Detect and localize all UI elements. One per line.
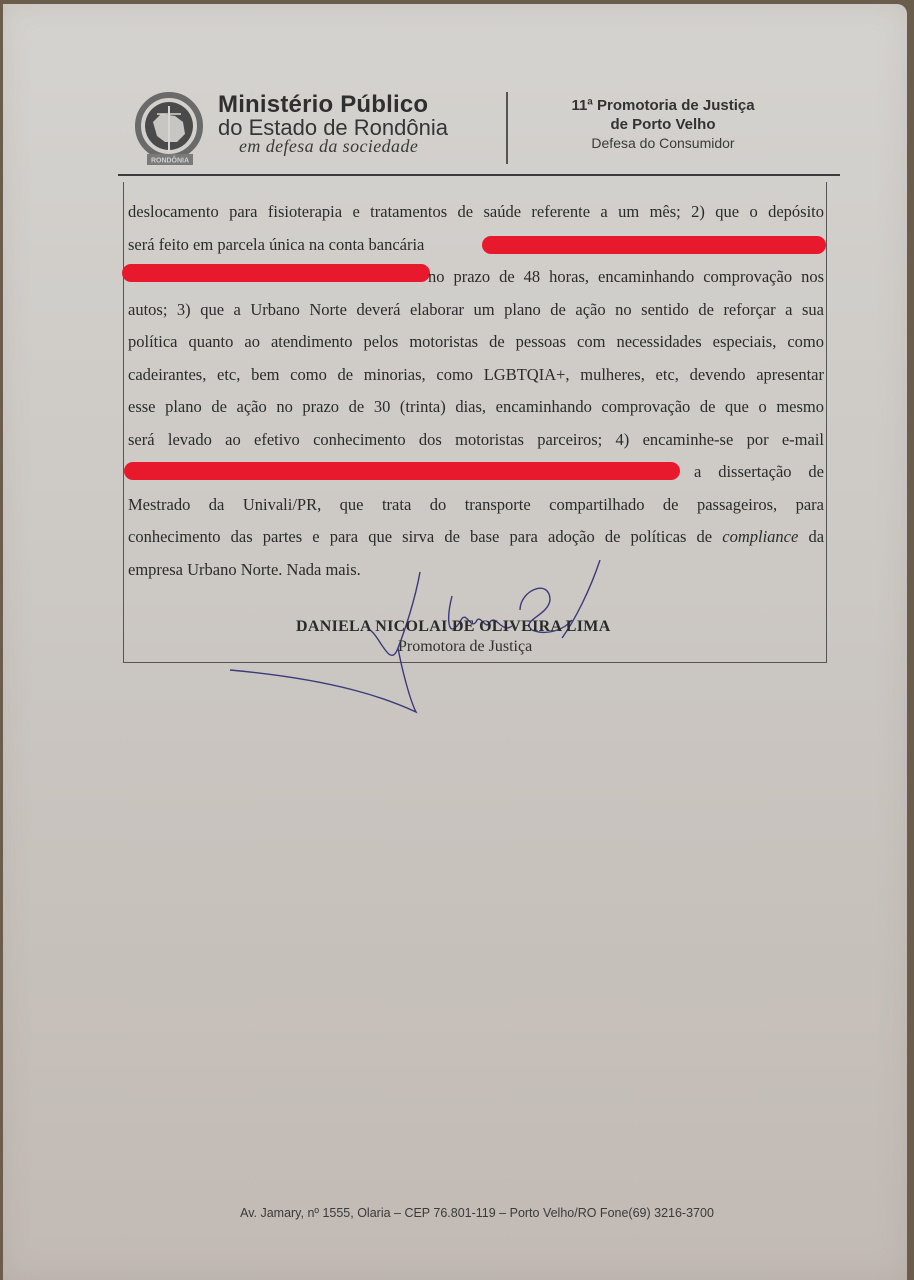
body-line: deslocamento para fisioterapia e tratame… [128, 196, 824, 229]
body-line: no prazo de 48 horas, encaminhando compr… [128, 261, 824, 294]
body-line: política quanto ao atendimento pelos mot… [128, 326, 824, 359]
body-line: será levado ao efetivo conhecimento dos … [128, 424, 824, 457]
office-city: de Porto Velho [523, 115, 803, 134]
body-line: Mestrado da Univali/PR, que trata do tra… [128, 489, 824, 522]
letterhead-right: 11ª Promotoria de Justiça de Porto Velho… [523, 96, 803, 152]
signer-name: DANIELA NICOLAI DE OLIVEIRA LIMA [296, 618, 656, 636]
body-line: será feito em parcela única na conta ban… [128, 229, 824, 262]
body-line: cadeirantes, etc, bem como de minorias, … [128, 359, 824, 392]
footer-address: Av. Jamary, nº 1555, Olaria – CEP 76.801… [0, 1206, 914, 1220]
italic-term: compliance [722, 527, 798, 546]
office-department: Defesa do Consumidor [523, 134, 803, 152]
office-name: 11ª Promotoria de Justiça [523, 96, 803, 115]
header-divider [506, 92, 508, 164]
org-motto: em defesa da sociedade [239, 136, 418, 157]
document-body: deslocamento para fisioterapia e tratame… [128, 196, 824, 586]
body-line: a dissertação de [128, 456, 824, 489]
body-line: empresa Urbano Norte. Nada mais. [128, 554, 824, 587]
redaction-bar [482, 236, 826, 254]
letterhead-left: RONDÔNIA Ministério Público do Estado de… [127, 88, 467, 172]
svg-text:RONDÔNIA: RONDÔNIA [151, 156, 189, 165]
signer-role: Promotora de Justiça [398, 638, 532, 656]
redaction-bar [122, 264, 430, 282]
body-line: autos; 3) que a Urbano Norte deverá elab… [128, 294, 824, 327]
body-line: esse plano de ação no prazo de 30 (trint… [128, 391, 824, 424]
redaction-bar [124, 462, 680, 480]
mp-seal-icon: RONDÔNIA [131, 92, 209, 168]
header-rule [118, 174, 840, 176]
body-line: conhecimento das partes e para que sirva… [128, 521, 824, 554]
